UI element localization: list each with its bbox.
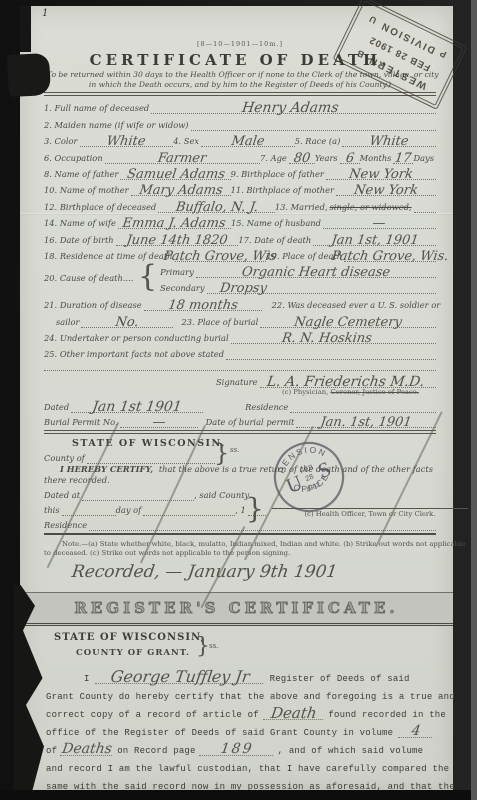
brace-glyph: { [138,262,160,294]
field-label-father: 8. Name of father [44,169,120,180]
field-row-10: 18. Residence at time of death Patch Gro… [44,246,436,262]
field-row-13: 21. Duration of disease 18 months 22. Wa… [44,295,436,311]
field-row-7: 12. Birthplace of deceased Buffalo, N. J… [44,196,436,212]
register-certificate-block: STATE OF WISCONSIN, COUNTY OF GRANT. } s… [46,632,446,792]
register-county-label: COUNTY OF GRANT. [46,648,446,662]
field-label-color: 3. Color [44,136,80,147]
ss-label: ss. [230,446,239,454]
field-label-wife: 14. Name of wife [44,218,118,229]
dated-row: Dated Jan 1st 1901 Residence [44,397,436,413]
field-row-1: 1. Full name of deceased Henry Adams [44,98,436,114]
register-of-deeds-name: George Tuffley Jr [95,671,265,684]
registers-certificate-band: REGISTER'S CERTIFICATE. [20,592,453,626]
value-permit: — [151,415,166,430]
field-label-secondary: Secondary [160,283,207,294]
field-label-primary: Primary [160,267,196,278]
field-label-permit: Burial Permit No. [44,417,120,428]
dotted-leader: Henry Adams [151,97,436,114]
footnote-line-2: to deceased. (c) Strike out words not ap… [44,549,436,558]
scan-right-edge [471,0,477,800]
certify-emphasis: I HEREBY CERTIFY, [44,464,153,474]
dotted-leader: No. [81,310,173,327]
record-page-value: 189 [199,743,275,756]
typed-line-2: Grant County do hereby certify that the … [46,692,455,702]
dotted-leader [290,396,436,413]
county-of-label: County of [44,453,87,464]
field-label-father-birthplace: 9. Birthplace of father [231,169,326,180]
this-label: this [44,505,62,516]
cause-columns: Primary Organic Heart disease Secondary … [160,262,436,294]
dotted-leader: Dropsy [207,277,436,294]
dotted-leader: White [80,130,174,147]
dotted-leader: White [342,130,436,147]
scanned-document: 1 [8—10—1901—10m.] CERTIFICATE OF DEATH.… [0,0,477,800]
typed-line-4a: office of the Register of Deeds of said … [46,728,393,738]
dotted-leader: Patch Grove, Wis [175,245,267,262]
field-row-3: 3. Color White 4. Sex Male 5. Race (a) W… [44,131,436,147]
field-row-15: 24. Undertaker or person conducting buri… [44,328,436,344]
stamp-letter-p: P [438,48,448,60]
field-row-9: 16. Date of birth June 14th 1820 17. Dat… [44,229,436,245]
field-label-dated: Dated [44,402,71,413]
value-age-years: 80 [293,151,312,166]
certify-line-1: I HEREBY CERTIFY, that the above is a tr… [44,464,436,475]
subtitle-line-2: in which the Death occurs, and by him to… [44,80,436,90]
field-row-6: 10. Name of mother Mary Adams 11. Birthp… [44,180,436,196]
dotted-leader: Emma J. Adams [118,212,231,229]
dotted-leader: 6 [340,146,360,163]
state-line: STATE OF WISCONSIN, [44,436,436,450]
certificate-content: [8—10—1901—10m.] CERTIFICATE OF DEATH. (… [44,40,436,584]
dotted-leader [143,500,235,516]
typed-line-5c: , and of which said volume [278,746,424,756]
stamp-letter-b: B [356,48,366,60]
field-row-8: 14. Name of wife Emma J. Adams 15. Name … [44,213,436,229]
dotted-leader: Male [201,130,295,147]
dotted-leader [191,113,436,130]
typed-line-1b: Register of Deeds of said [270,674,410,684]
register-ss-label: ss. [209,642,218,650]
field-label-occupation: 6. Occupation [44,153,105,164]
field-row-16: 25. Other important facts not above stat… [44,344,436,360]
field-label-mother: 10. Name of mother [44,185,131,196]
signature-row: Signature L. A. Friederichs M.D. [44,371,436,388]
handwritten-corner-mark: 1 [42,8,48,19]
value-duration: 18 months [167,298,239,313]
register-line-6: and record I am the lawful custodian, th… [46,756,446,774]
typed-line-5b: on Record page [117,746,195,756]
registers-certificate-title: REGISTER'S CERTIFICATE. [74,599,398,617]
field-label-age: 7. Age [260,153,289,164]
typed-line-3b: found recorded in the [328,710,446,720]
double-rule [44,92,436,96]
dotted-leader: Buffalo, N. J. [158,195,275,212]
recorded-annotation-row: Recorded, — January 9th 1901 [44,558,436,584]
certify-residence-row: Residence [44,516,436,531]
cause-secondary-row: Secondary Dropsy [160,278,436,294]
double-rule [44,430,436,434]
field-label-residence: Residence [203,402,290,413]
typed-i: I [84,674,90,684]
dotted-leader: New York [326,163,436,180]
dotted-leader [82,485,194,501]
field-row-14: sailor No. 23. Place of burial Nagle Cem… [44,311,436,327]
dotted-leader: Patch Grove, Wis. [344,245,436,262]
dotted-leader: — [323,212,436,229]
scan-bottom-edge [0,790,477,800]
field-label-married: 13. Married, [275,202,330,213]
dated-at-row: Dated at , said County, [44,486,436,501]
dotted-leader: — [120,412,198,428]
field-label-cause-of-death: 20. Cause of death.... [44,273,138,284]
dotted-leader: R. N. Hoskins [231,327,436,344]
recorded-annotation: Recorded, — January 9th 1901 [71,562,339,582]
register-line-2: Grant County do hereby certify that the … [46,684,446,702]
cause-of-death-block: 20. Cause of death.... { Primary Organic… [44,262,436,295]
dotted-leader [226,343,436,360]
dotted-leader: 17 [393,146,413,163]
value-mother-birthplace: New York [353,183,419,198]
cause-primary-row: Primary Organic Heart disease [160,262,436,278]
dotted-leader: Jan. 1st, 1901 [296,412,436,428]
volume-number-value: 4 [398,725,434,738]
register-ss-brace: } [196,634,210,659]
dark-paper-tear-blob [7,53,51,97]
dotted-leader: Farmer [105,146,260,163]
dotted-leader [414,195,436,212]
typed-line-6: and record I am the lawful custodian, th… [46,764,449,774]
ss-brace-glyph: } [214,439,229,467]
deaths-volume-value: Deaths [60,743,114,756]
dotted-leader: Samuel Adams [120,163,230,180]
register-line-5: of Deaths on Record page 189 , and of wh… [46,738,446,756]
dotted-leader: June 14th 1820 [116,228,239,245]
article-of-death-value: Death [263,707,324,720]
dotted-leader: Mary Adams [131,179,231,196]
field-row-4: 6. Occupation Farmer 7. Age 80 Years 6 M… [44,147,436,163]
value-soldier: No. [115,315,140,330]
dotted-leader: 80 [289,146,315,163]
torn-edge-top-left [20,6,31,52]
typed-line-3a: correct copy of a record of article of [46,710,259,720]
value-permit-date: Jan. 1st, 1901 [320,415,413,430]
dotted-leader: 18 months [144,294,262,311]
field-row-2: 2. Maiden name (if wife or widow) [44,114,436,130]
state-of-wisconsin: STATE OF WISCONSIN, [72,438,226,449]
field-label-permit-date: Date of burial permit [198,417,297,428]
dotted-leader [62,500,116,516]
dotted-leader [87,449,215,464]
permit-row: Burial Permit No. — Date of burial permi… [44,413,436,428]
certificate-paper: 1 [8—10—1901—10m.] CERTIFICATE OF DEATH.… [20,6,453,792]
field-label-full-name: 1. Full name of deceased [44,103,151,114]
dotted-leader: Nagle Cemetery [260,310,436,327]
field-label-sailor: sailor [44,317,81,328]
register-line-3: correct copy of a record of article of D… [46,702,446,720]
value-signature: L. A. Friederichs M.D. [265,374,424,390]
register-state-label: STATE OF WISCONSIN, [46,632,446,648]
dotted-leader: Jan 1st, 1901 [313,228,436,245]
register-line-1: I George Tuffley Jr Register of Deeds of… [46,662,446,684]
dotted-leader: L. A. Friederichs M.D. [260,370,437,388]
field-row-5: 8. Name of father Samuel Adams 9. Birthp… [44,164,436,180]
dotted-leader: New York [336,179,436,196]
stamp-letter-u: U [368,14,378,26]
field-label-undertaker: 24. Undertaker or person conducting buri… [44,333,231,344]
field-label-husband: 15. Name of husband [231,218,323,229]
typed-line-5a: of [46,746,57,756]
register-line-4: office of the Register of Deeds of said … [46,720,446,738]
dotted-leader: Jan 1st 1901 [71,396,203,413]
dotted-leader: Organic Heart disease [196,261,436,278]
field-label-signature: Signature [216,377,260,388]
field-label-birth-date: 16. Date of birth [44,235,116,246]
